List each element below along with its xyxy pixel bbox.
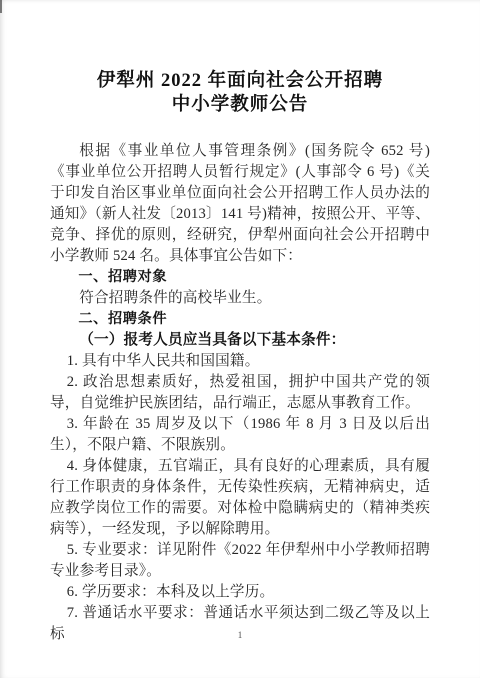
section-heading-recruitment-target: 一、招聘对象 bbox=[50, 267, 430, 288]
intro-paragraph: 根据《事业单位人事管理条例》(国务院令 652 号)《事业单位公开招聘人员暂行规… bbox=[50, 141, 430, 267]
paragraph-target-audience: 符合招聘条件的高校毕业生。 bbox=[50, 288, 430, 309]
condition-item-2: 2. 政治思想素质好，热爱祖国，拥护中国共产党的领导，自觉维护民族团结，品行端正… bbox=[50, 372, 430, 414]
condition-item-6: 6. 学历要求：本科及以上学历。 bbox=[50, 582, 430, 603]
document-page: 伊犁州 2022 年面向社会公开招聘 中小学教师公告 根据《事业单位人事管理条例… bbox=[0, 0, 480, 678]
document-content: 伊犁州 2022 年面向社会公开招聘 中小学教师公告 根据《事业单位人事管理条例… bbox=[50, 69, 430, 645]
condition-item-4: 4. 身体健康，五官端正，具有良好的心理素质，具有履行工作职责的身体条件，无传染… bbox=[50, 456, 430, 540]
condition-item-3: 3. 年龄在 35 周岁及以下（1986 年 8 月 3 日及以后出生），不限户… bbox=[50, 414, 430, 456]
subsection-heading-basic-conditions: （一）报考人员应当具备以下基本条件： bbox=[50, 330, 430, 351]
condition-item-1: 1. 具有中华人民共和国国籍。 bbox=[50, 351, 430, 372]
scan-edge-artifact bbox=[0, 0, 2, 13]
document-title-line2: 中小学教师公告 bbox=[50, 93, 430, 117]
document-title: 伊犁州 2022 年面向社会公开招聘 中小学教师公告 bbox=[50, 69, 430, 117]
document-title-line1: 伊犁州 2022 年面向社会公开招聘 bbox=[50, 69, 430, 93]
condition-item-5: 5. 专业要求：详见附件《2022 年伊犁州中小学教师招聘专业参考目录》。 bbox=[50, 540, 430, 582]
section-heading-recruitment-conditions: 二、招聘条件 bbox=[50, 309, 430, 330]
page-number: 1 bbox=[0, 630, 480, 640]
document-body: 根据《事业单位人事管理条例》(国务院令 652 号)《事业单位公开招聘人员暂行规… bbox=[50, 141, 430, 645]
